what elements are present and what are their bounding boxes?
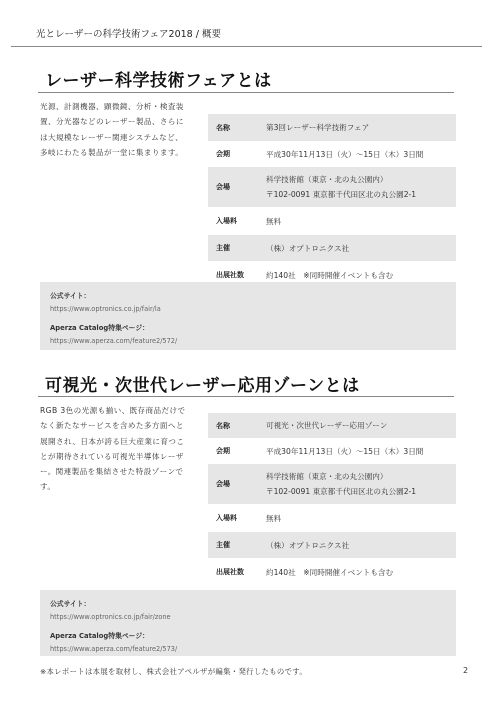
- row-label: 主催: [208, 532, 258, 558]
- row-value: 平成30年11月13日（火）～15日（木）3日間: [258, 141, 456, 167]
- row-label: 会場: [208, 167, 258, 207]
- table-row: 会期 平成30年11月13日（火）～15日（木）3日間: [208, 438, 456, 464]
- row-value: 科学技術館（東京・北の丸公園内） 〒102-0091 東京都千代田区北の丸公園2…: [258, 464, 456, 504]
- links-box: 公式サイト： https://www.optronics.co.jp/fair/…: [40, 590, 456, 656]
- row-value: 無料: [258, 207, 456, 235]
- section-title-divider: [38, 396, 454, 397]
- row-value: 科学技術館（東京・北の丸公園内） 〒102-0091 東京都千代田区北の丸公園2…: [258, 167, 456, 207]
- venue-name: 科学技術館（東京・北の丸公園内）: [266, 469, 450, 484]
- section-title: レーザー科学技術フェアとは: [45, 66, 272, 91]
- table-row: 出展社数 約140社 ※同時開催イベントも含む: [208, 558, 456, 586]
- row-label: 名称: [208, 413, 258, 438]
- links-box: 公式サイト： https://www.optronics.co.jp/fair/…: [40, 282, 456, 350]
- row-value: 無料: [258, 504, 456, 532]
- table-row: 会場 科学技術館（東京・北の丸公園内） 〒102-0091 東京都千代田区北の丸…: [208, 167, 456, 207]
- catalog-page-label: Aperza Catalog特集ページ：: [50, 630, 456, 640]
- running-header: 光とレーザーの科学技術フェア2018 / 概要: [36, 26, 221, 40]
- table-row: 会場 科学技術館（東京・北の丸公園内） 〒102-0091 東京都千代田区北の丸…: [208, 464, 456, 504]
- table-row: 入場料 無料: [208, 504, 456, 532]
- section-title-divider: [38, 92, 454, 93]
- row-value: 第3回レーザー科学技術フェア: [258, 114, 456, 141]
- section-title: 可視光・次世代レーザー応用ゾーンとは: [45, 371, 360, 396]
- row-label: 入場料: [208, 207, 258, 235]
- header-divider: [11, 46, 482, 47]
- table-row: 主催 （株）オプトロニクス社: [208, 235, 456, 261]
- table-row: 会期 平成30年11月13日（火）～15日（木）3日間: [208, 141, 456, 167]
- table-row: 入場料 無料: [208, 207, 456, 235]
- table-row: 名称 第3回レーザー科学技術フェア: [208, 114, 456, 141]
- row-value: 可視光・次世代レーザー応用ゾーン: [258, 413, 456, 438]
- info-table: 名称 可視光・次世代レーザー応用ゾーン 会期 平成30年11月13日（火）～15…: [208, 413, 456, 586]
- official-site-link[interactable]: https://www.optronics.co.jp/fair/zone: [50, 613, 456, 621]
- page-number: 2: [463, 666, 468, 675]
- venue-name: 科学技術館（東京・北の丸公園内）: [266, 172, 450, 187]
- row-value: 平成30年11月13日（火）～15日（木）3日間: [258, 438, 456, 464]
- section-intro: 光源、計測機器、顕微鏡、分析・検査装置、分光器などのレーザー製品、さらには大規模…: [40, 99, 188, 160]
- row-label: 会期: [208, 141, 258, 167]
- official-site-link[interactable]: https://www.optronics.co.jp/fair/la: [50, 305, 456, 313]
- row-value: 約140社 ※同時開催イベントも含む: [258, 558, 456, 586]
- table-row: 主催 （株）オプトロニクス社: [208, 532, 456, 558]
- row-label: 出展社数: [208, 558, 258, 586]
- row-value: （株）オプトロニクス社: [258, 235, 456, 261]
- row-label: 主催: [208, 235, 258, 261]
- row-value: （株）オプトロニクス社: [258, 532, 456, 558]
- official-site-label: 公式サイト：: [50, 290, 456, 300]
- section-intro: RGB 3色の光源も揃い、既存商品だけでなく新たなサービスを含めた多方面へと展開…: [40, 403, 188, 495]
- venue-address: 〒102-0091 東京都千代田区北の丸公園2-1: [266, 484, 450, 499]
- table-row: 名称 可視光・次世代レーザー応用ゾーン: [208, 413, 456, 438]
- info-table: 名称 第3回レーザー科学技術フェア 会期 平成30年11月13日（火）～15日（…: [208, 114, 456, 289]
- official-site-label: 公式サイト：: [50, 598, 456, 608]
- row-label: 入場料: [208, 504, 258, 532]
- row-label: 会場: [208, 464, 258, 504]
- row-label: 会期: [208, 438, 258, 464]
- venue-address: 〒102-0091 東京都千代田区北の丸公園2-1: [266, 187, 450, 202]
- catalog-page-link[interactable]: https://www.aperza.com/feature2/573/: [50, 645, 456, 653]
- catalog-page-link[interactable]: https://www.aperza.com/feature2/572/: [50, 337, 456, 345]
- catalog-page-label: Aperza Catalog特集ページ：: [50, 322, 456, 332]
- row-label: 名称: [208, 114, 258, 141]
- footer-note: ※本レポートは本展を取材し、株式会社アペルザが編集・発行したものです。: [40, 666, 307, 677]
